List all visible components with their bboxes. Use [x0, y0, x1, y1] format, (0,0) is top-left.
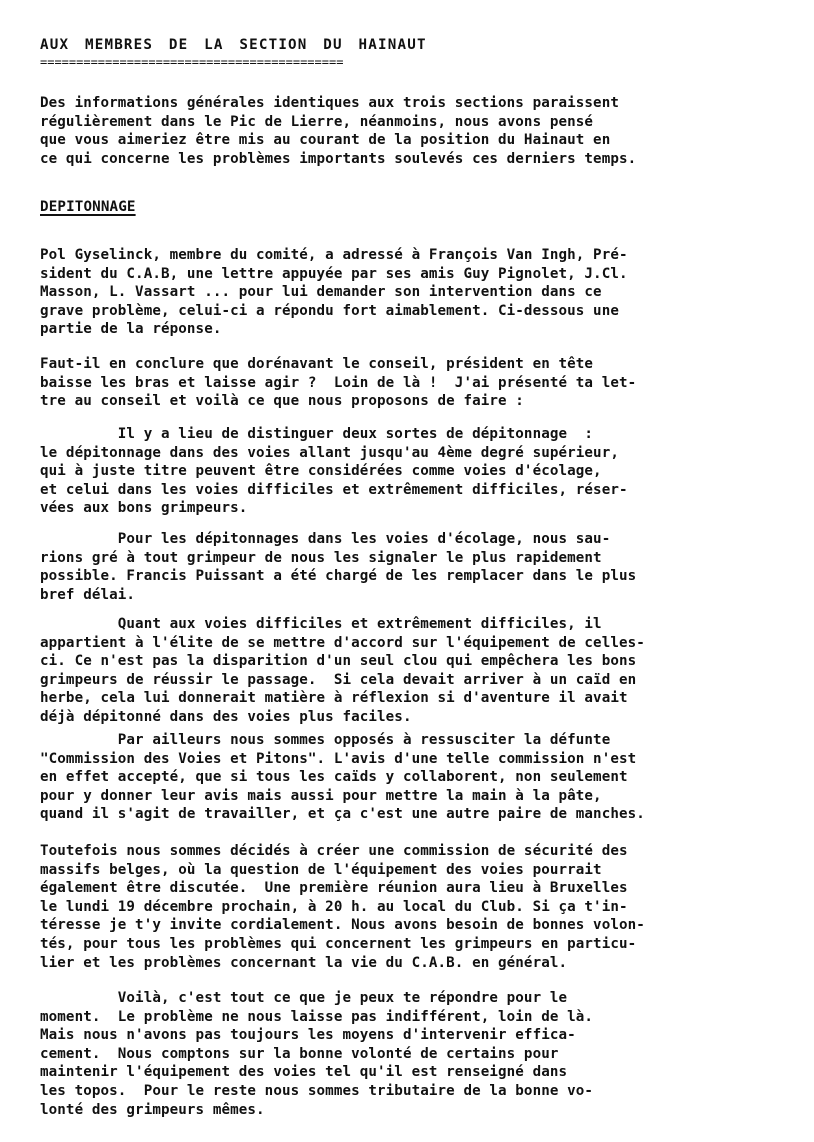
- text-line: Toutefois nous sommes décidés à créer un…: [40, 842, 645, 861]
- section-heading: DEPITONNAGE: [40, 198, 136, 216]
- text-line: tés, pour tous les problèmes qui concern…: [40, 935, 645, 954]
- text-line: ci. Ce n'est pas la disparition d'un seu…: [40, 652, 645, 671]
- text-line: bref délai.: [40, 586, 636, 605]
- text-line: baisse les bras et laisse agir ? Loin de…: [40, 374, 636, 393]
- text-line: "Commission des Voies et Pitons". L'avis…: [40, 750, 645, 769]
- text-line: Faut-il en conclure que dorénavant le co…: [40, 355, 636, 374]
- paragraph-commission-opposition: Par ailleurs nous sommes opposés à ressu…: [40, 731, 645, 824]
- document-page: AUX MEMBRES DE LA SECTION DU HAINAUT ===…: [0, 0, 814, 1142]
- text-line: tre au conseil et voilà ce que nous prop…: [40, 392, 636, 411]
- text-line: pour y donner leur avis mais aussi pour …: [40, 787, 645, 806]
- text-line: partie de la réponse.: [40, 320, 628, 339]
- text-line: maintenir l'équipement des voies tel qu'…: [40, 1063, 593, 1082]
- text-line: le dépitonnage dans des voies allant jus…: [40, 444, 628, 463]
- text-line: le lundi 19 décembre prochain, à 20 h. a…: [40, 898, 645, 917]
- text-line: rions gré à tout grimpeur de nous les si…: [40, 549, 636, 568]
- text-line: sident du C.A.B, une lettre appuyée par …: [40, 265, 628, 284]
- text-line: Il y a lieu de distinguer deux sortes de…: [40, 425, 628, 444]
- text-line: moment. Le problème ne nous laisse pas i…: [40, 1008, 593, 1027]
- paragraph-safety-commission: Toutefois nous sommes décidés à créer un…: [40, 842, 645, 972]
- text-line: les topos. Pour le reste nous sommes tri…: [40, 1082, 593, 1101]
- text-line: qui à juste titre peuvent être considéré…: [40, 462, 628, 481]
- text-line: ce qui concerne les problèmes importants…: [40, 150, 636, 169]
- paragraph-difficult-routes: Quant aux voies difficiles et extrêmemen…: [40, 615, 645, 727]
- text-line: régulièrement dans le Pic de Lierre, néa…: [40, 113, 636, 132]
- text-line: Masson, L. Vassart ... pour lui demander…: [40, 283, 628, 302]
- text-line: Pol Gyselinck, membre du comité, a adres…: [40, 246, 628, 265]
- text-line: Des informations générales identiques au…: [40, 94, 636, 113]
- text-line: et celui dans les voies difficiles et ex…: [40, 481, 628, 500]
- text-line: en effet accepté, que si tous les caïds …: [40, 768, 645, 787]
- paragraph-closing: Voilà, c'est tout ce que je peux te répo…: [40, 989, 593, 1119]
- text-line: que vous aimeriez être mis au courant de…: [40, 131, 636, 150]
- paragraph-ecolage-routes: Pour les dépitonnages dans les voies d'é…: [40, 530, 636, 604]
- text-line: cement. Nous comptons sur la bonne volon…: [40, 1045, 593, 1064]
- text-line: lonté des grimpeurs mêmes.: [40, 1101, 593, 1120]
- text-line: vées aux bons grimpeurs.: [40, 499, 628, 518]
- text-line: déjà dépitonné dans des voies plus facil…: [40, 708, 645, 727]
- text-line: téresse je t'y invite cordialement. Nous…: [40, 916, 645, 935]
- text-line: massifs belges, où la question de l'équi…: [40, 861, 645, 880]
- text-line: Par ailleurs nous sommes opposés à ressu…: [40, 731, 645, 750]
- text-line: Pour les dépitonnages dans les voies d'é…: [40, 530, 636, 549]
- text-line: Voilà, c'est tout ce que je peux te répo…: [40, 989, 593, 1008]
- intro-paragraph: Des informations générales identiques au…: [40, 94, 636, 168]
- text-line: Mais nous n'avons pas toujours les moyen…: [40, 1026, 593, 1045]
- text-line: appartient à l'élite de se mettre d'acco…: [40, 634, 645, 653]
- paragraph-context: Pol Gyselinck, membre du comité, a adres…: [40, 246, 628, 339]
- text-line: grave problème, celui-ci a répondu fort …: [40, 302, 628, 321]
- text-line: également être discutée. Une première ré…: [40, 879, 645, 898]
- text-line: herbe, cela lui donnerait matière à réfl…: [40, 689, 645, 708]
- text-line: Quant aux voies difficiles et extrêmemen…: [40, 615, 645, 634]
- text-line: lier et les problèmes concernant la vie …: [40, 954, 645, 973]
- paragraph-response-opening: Faut-il en conclure que dorénavant le co…: [40, 355, 636, 411]
- document-title: AUX MEMBRES DE LA SECTION DU HAINAUT: [40, 36, 427, 54]
- paragraph-two-kinds: Il y a lieu de distinguer deux sortes de…: [40, 425, 628, 518]
- title-underline-rule: ========================================…: [40, 53, 343, 71]
- text-line: possible. Francis Puissant a été chargé …: [40, 567, 636, 586]
- text-line: grimpeurs de réussir le passage. Si cela…: [40, 671, 645, 690]
- text-line: quand il s'agit de travailler, et ça c'e…: [40, 805, 645, 824]
